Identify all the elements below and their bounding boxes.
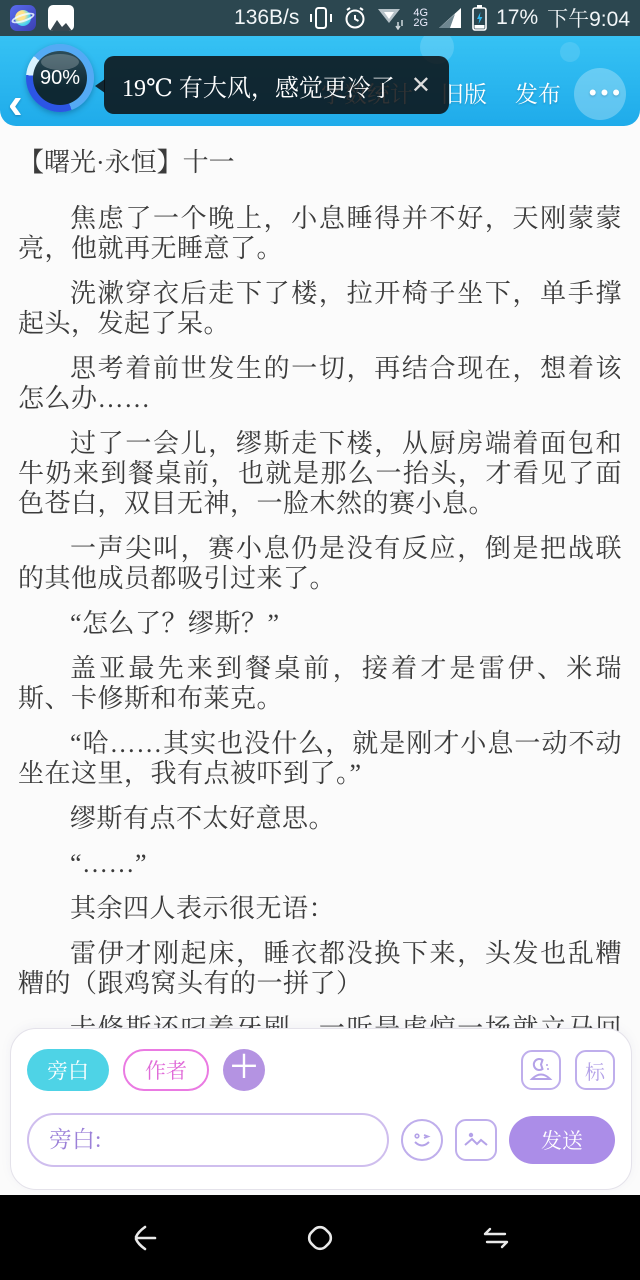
battery-icon	[472, 5, 487, 31]
back-key-icon[interactable]	[115, 1208, 175, 1268]
wifi-icon	[376, 6, 404, 30]
paragraph: “怎么了？缪斯？”	[18, 609, 622, 639]
signal-triangle-icon	[437, 6, 463, 30]
vibrate-icon	[308, 6, 334, 30]
role-tab-author[interactable]: 作者	[123, 1049, 209, 1091]
recents-key-icon[interactable]	[465, 1208, 525, 1268]
paragraph: 盖亚最先来到餐桌前，接着才是雷伊、米瑞斯、卡修斯和布莱克。	[18, 654, 622, 714]
progress-badge[interactable]: 90%	[26, 44, 94, 112]
alarm-icon	[343, 6, 367, 30]
chapter-title: 【曙光·永恒】十一	[18, 148, 622, 178]
clock-time: 下午9:04	[547, 3, 630, 33]
paragraph: 缪斯有点不太好意思。	[18, 804, 622, 834]
planet-app-icon	[10, 5, 36, 31]
progress-percent: 90%	[40, 67, 80, 90]
paragraph: “哈……其实也没什么，就是刚才小息一动不动坐在这里，我有点被吓到了。”	[18, 729, 622, 789]
sim-mode-label: 4G 2G	[413, 8, 428, 28]
paragraph: 其余四人表示很无语：	[18, 894, 622, 924]
phone-screen: 136B/s 4G 2G	[0, 0, 640, 1280]
tag-icon[interactable]: 标	[575, 1050, 615, 1090]
character-icon[interactable]	[521, 1050, 561, 1090]
weather-toast: 19℃ 有大风，感觉更冷了 ✕	[104, 56, 449, 114]
emoji-icon[interactable]	[401, 1119, 443, 1161]
paragraph: “……”	[18, 849, 622, 879]
toast-close-icon[interactable]: ✕	[411, 71, 431, 100]
role-tab-narration[interactable]: 旁白	[27, 1049, 109, 1091]
paragraph: 焦虑了一个晚上，小息睡得并不好，天刚蒙蒙亮，他就再无睡意了。	[18, 204, 622, 264]
toast-text: 19℃ 有大风，感觉更冷了	[122, 68, 395, 103]
paragraph: 雷伊才刚起床，睡衣都没换下来，头发也乱糟糟的（跟鸡窝头有的一拼了）	[18, 939, 622, 999]
back-icon[interactable]: ‹	[8, 84, 23, 124]
more-menu-icon[interactable]: •••	[589, 80, 624, 106]
gallery-app-icon	[48, 5, 74, 31]
message-input[interactable]	[27, 1113, 389, 1167]
article-body: 焦虑了一个晚上，小息睡得并不好，天刚蒙蒙亮，他就再无睡意了。洗漱穿衣后走下了楼，…	[18, 204, 622, 1074]
nav-publish[interactable]: 发布	[515, 76, 561, 109]
add-role-button[interactable]: ＋	[223, 1049, 265, 1091]
paragraph: 洗漱穿衣后走下了楼，拉开椅子坐下，单手撑起头，发起了呆。	[18, 279, 622, 339]
paragraph: 思考着前世发生的一切，再结合现在，想着该怎么办……	[18, 354, 622, 414]
home-key-icon[interactable]	[290, 1208, 350, 1268]
image-icon[interactable]	[455, 1119, 497, 1161]
network-speed: 136B/s	[234, 6, 299, 30]
status-bar: 136B/s 4G 2G	[0, 0, 640, 36]
paragraph: 过了一会儿，缪斯走下楼，从厨房端着面包和牛奶来到餐桌前，也就是那么一抬头，才看见…	[18, 429, 622, 519]
bubble-decoration	[560, 42, 580, 62]
compose-panel: 旁白 作者 ＋ 标	[10, 1028, 632, 1190]
paragraph: 一声尖叫，赛小息仍是没有反应，倒是把战联的其他成员都吸引过来了。	[18, 534, 622, 594]
android-navbar	[0, 1195, 640, 1280]
send-button[interactable]: 发送	[509, 1116, 615, 1164]
app-header: 字数统计 旧版 发布 ••• ‹ 90% 19℃ 有大风，感觉更冷了 ✕	[0, 36, 640, 126]
battery-percent: 17%	[496, 6, 538, 30]
